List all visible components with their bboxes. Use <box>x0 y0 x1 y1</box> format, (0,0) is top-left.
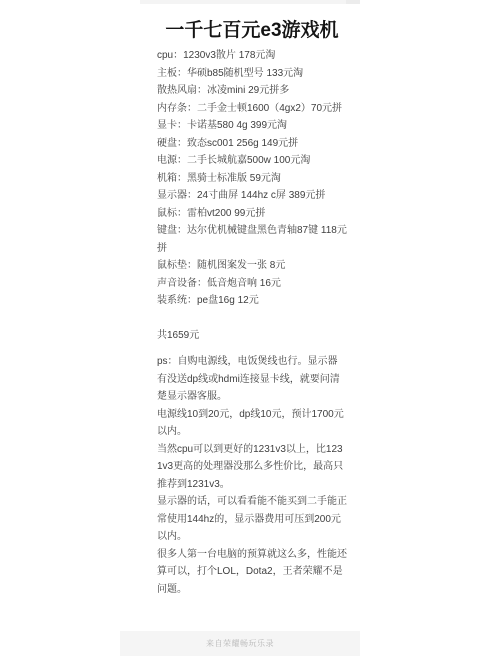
note-paragraph: ps：自购电源线，电饭煲线也行。显示器有没送dp线或hdmi连接显卡线，就要问清… <box>157 353 347 406</box>
spec-item: 散热风扇：冰凌mini 29元拼多 <box>157 82 347 100</box>
note-paragraph: 显示器的话，可以看看能不能买到二手能正常使用144hz的，显示器费用可压到200… <box>157 493 347 546</box>
top-strip-end <box>346 0 360 4</box>
spec-item: 装系统：pe盘16g 12元 <box>157 292 347 310</box>
spec-item: 鼠标：雷柏vt200 99元拼 <box>157 205 347 223</box>
note-paragraph: 当然cpu可以到更好的1231v3以上，比1231v3更高的处理器没那么多性价比… <box>157 441 347 494</box>
spec-item: 键盘：达尔优机械键盘黑色青轴87键 118元拼 <box>157 222 347 257</box>
spec-item: 声音设备：低音炮音响 16元 <box>157 275 347 293</box>
spec-item: 显卡：卡诺基580 4g 399元淘 <box>157 117 347 135</box>
source-footer: 来自荣耀畅玩乐录 <box>120 631 360 656</box>
spec-item: 硬盘：致态sc001 256g 149元拼 <box>157 135 347 153</box>
note-paragraph: 电源线10到20元，dp线10元，预计1700元以内。 <box>157 406 347 441</box>
spec-item: cpu：1230v3散片 178元淘 <box>157 47 347 65</box>
spec-item: 机箱：黑骑士标准版 59元淘 <box>157 170 347 188</box>
source-signature: 来自荣耀畅玩乐录 <box>206 638 274 649</box>
spec-list: cpu：1230v3散片 178元淘主板：华硕b85随机型号 133元淘散热风扇… <box>157 47 347 310</box>
spec-item: 电源：二手长城航嘉500w 100元淘 <box>157 152 347 170</box>
note-paragraph: 很多人第一台电脑的预算就这么多，性能还算可以，打个LOL，Dota2，王者荣耀不… <box>157 546 347 599</box>
total-price: 共1659元 <box>157 327 347 345</box>
spec-item: 显示器：24寸曲屏 144hz c屏 389元拼 <box>157 187 347 205</box>
spec-item: 主板：华硕b85随机型号 133元淘 <box>157 65 347 83</box>
post-page: 一千七百元e3游戏机 cpu：1230v3散片 178元淘主板：华硕b85随机型… <box>0 0 500 656</box>
spec-item: 内存条：二手金士顿1600（4gx2）70元拼 <box>157 100 347 118</box>
spec-item: 鼠标垫：随机图案发一张 8元 <box>157 257 347 275</box>
notes-section: ps：自购电源线，电饭煲线也行。显示器有没送dp线或hdmi连接显卡线，就要问清… <box>157 353 347 598</box>
post-title: 一千七百元e3游戏机 <box>157 20 347 42</box>
post-content: 一千七百元e3游戏机 cpu：1230v3散片 178元淘主板：华硕b85随机型… <box>157 0 347 598</box>
